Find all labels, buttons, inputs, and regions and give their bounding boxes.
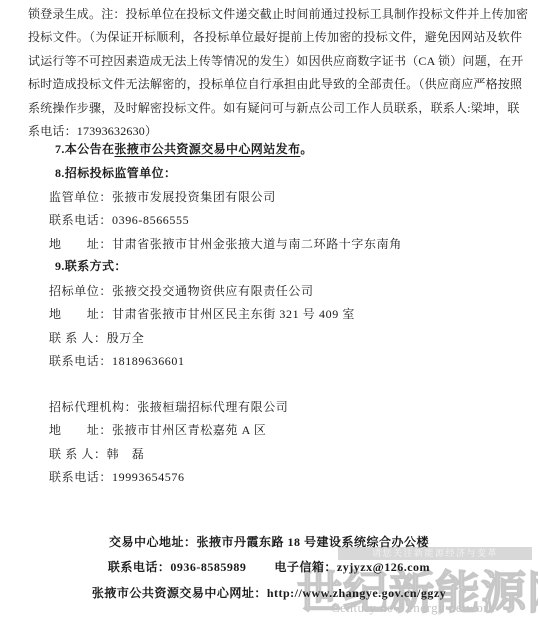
supervision-phone: 联系电话：0396-8566555: [49, 209, 402, 232]
supervision-address: 地 址：甘肃省张掖市甘州金张掖大道与南二环路十字东南角: [49, 233, 402, 256]
supervision-unit: 监管单位：张掖市发展投资集团有限公司: [49, 186, 402, 209]
tenderer-phone: 联系电话：18189636601: [49, 350, 355, 373]
tenderer-person: 联 系 人：殷万全: [49, 327, 355, 350]
item-9-heading: 9.联系方式：: [55, 257, 127, 274]
footer-phone: 联系电话：0936-8585989: [108, 560, 247, 574]
agency-rows: 招标代理机构：张掖桓瑞招标代理有限公司 地 址：张掖市甘州区青松嘉苑 A 区 联…: [49, 396, 288, 490]
agency-address: 地 址：张掖市甘州区青松嘉苑 A 区: [49, 419, 288, 442]
item-8-heading: 8.招标投标监管单位：: [55, 164, 176, 181]
paragraph-line: 锁登录生成。注：投标单位在投标文件递交截止时间前通过投标工具制作投标文件并上传加…: [28, 3, 514, 26]
paragraph-line: 试运行等不可控因素造成无法上传等情况的发生）如因供应商数字证书（CA 锁）问题，…: [28, 50, 514, 73]
paragraph-line: 标时造成投标文件无法解密的，投标单位自行承担由此导致的全部责任。（供应商应严格按…: [28, 73, 514, 96]
paragraph-closing: 锁登录生成。注：投标单位在投标文件递交截止时间前通过投标工具制作投标文件并上传加…: [28, 3, 514, 143]
item-7-period: 。: [300, 142, 312, 156]
paragraph-line: 投标文件。（为保证开标顺利，各投标单位最好提前上传加密的投标文件，避免因网站及软…: [28, 26, 514, 49]
footer-phone-email-line: 联系电话：0936-8585989电子信箱：zyjyzx@126.com: [0, 555, 538, 580]
tenderer-rows: 招标单位：张掖交投交通物资供应有限责任公司 地 址：甘肃省张掖市甘州区民主东街 …: [49, 280, 355, 374]
agency-name: 招标代理机构：张掖桓瑞招标代理有限公司: [49, 396, 288, 419]
document-page: 锁登录生成。注：投标单位在投标文件递交截止时间前通过投标工具制作投标文件并上传加…: [0, 0, 538, 623]
footer-website-line: 张掖市公共资源交易中心网址：http://www.zhangye.gov.cn/…: [0, 581, 538, 606]
supervision-rows: 监管单位：张掖市发展投资集团有限公司 联系电话：0396-8566555 地 址…: [49, 186, 402, 256]
agency-person: 联 系 人：韩 磊: [49, 443, 288, 466]
item-7-announcement: 7.本公告在张掖市公共资源交易中心网站发布。: [55, 140, 313, 157]
item-7-prefix: 7.本公告在: [55, 142, 114, 156]
tenderer-unit: 招标单位：张掖交投交通物资供应有限责任公司: [49, 280, 355, 303]
tenderer-address: 地 址：甘肃省张掖市甘州区民主东街 321 号 409 室: [49, 303, 355, 326]
paragraph-line: 系统操作步骤，及时解密投标文件。如有疑问可与新点公司工作人员联系，联系人:梁坤，…: [28, 97, 514, 120]
item-7-underlined-site: 张掖市公共资源交易中心网站发布: [114, 142, 300, 156]
agency-phone: 联系电话：19993654576: [49, 466, 288, 489]
footer-address-line: 交易中心地址：张掖市丹霞东路 18 号建设系统综合办公楼: [0, 530, 538, 555]
trade-center-footer: 交易中心地址：张掖市丹霞东路 18 号建设系统综合办公楼 联系电话：0936-8…: [0, 530, 538, 606]
footer-email: 电子信箱：zyjyzx@126.com: [274, 560, 430, 574]
